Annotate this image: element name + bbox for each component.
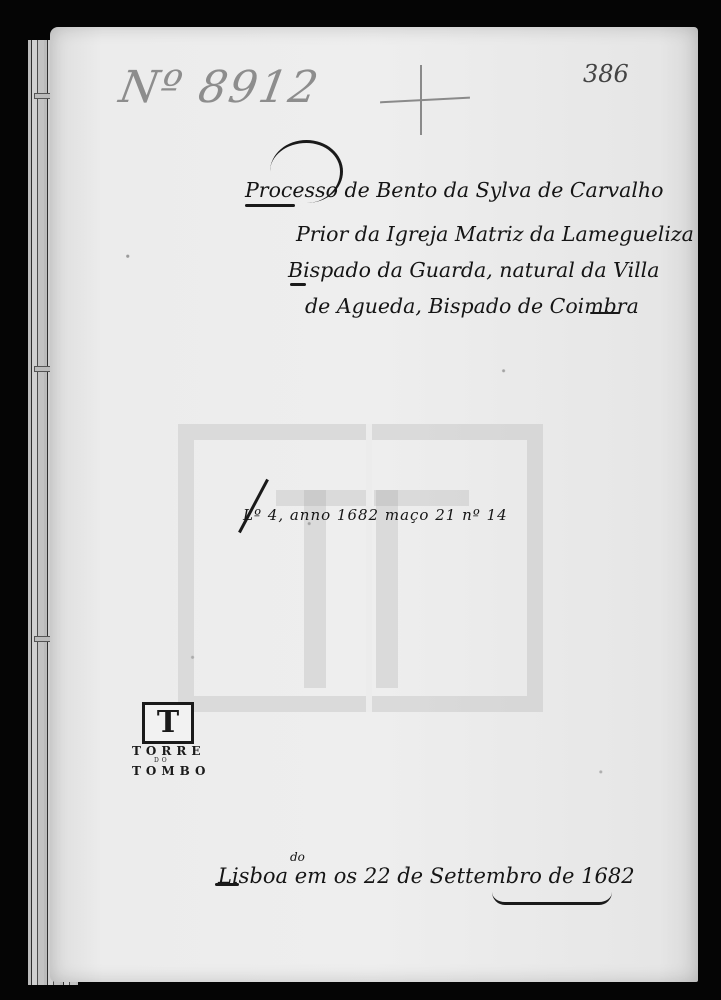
logo-monogram: T <box>157 708 179 738</box>
date-flourish-right <box>492 892 612 905</box>
cross-horizontal <box>380 97 470 103</box>
title-line-1: Processo de Bento da Sylva de Carvalho <box>245 178 663 202</box>
logo-line-1: TORRE <box>132 744 202 758</box>
pencil-reference-number: Nº 8912 <box>116 62 324 113</box>
title-flourish <box>290 283 306 286</box>
date-line: Lisboa em os 22 de Settembro de 1682 <box>218 864 635 888</box>
title-line-3: Bispado da Guarda, natural da Villa <box>288 258 659 282</box>
title-line-2: Prior da Igreja Matriz da Lamegueliza <box>296 222 694 246</box>
logo-monogram-box: T <box>142 702 194 744</box>
title-flourish <box>245 204 295 207</box>
torre-do-tombo-logo: T TORRE DO TOMBO <box>132 702 202 778</box>
date-superscript: do <box>290 850 305 864</box>
pencil-cross-mark <box>380 75 470 135</box>
logo-line-2: TOMBO <box>132 764 202 778</box>
folio-number: 386 <box>583 60 629 88</box>
title-flourish <box>590 312 620 314</box>
title-line-4: de Agueda, Bispado de Coimbra <box>305 294 639 318</box>
archive-watermark <box>178 424 543 712</box>
call-number: Lº 4, anno 1682 maço 21 nº 14 <box>243 506 508 524</box>
watermark-divider <box>366 424 372 712</box>
cross-vertical <box>420 65 422 135</box>
date-flourish-left <box>215 883 239 886</box>
